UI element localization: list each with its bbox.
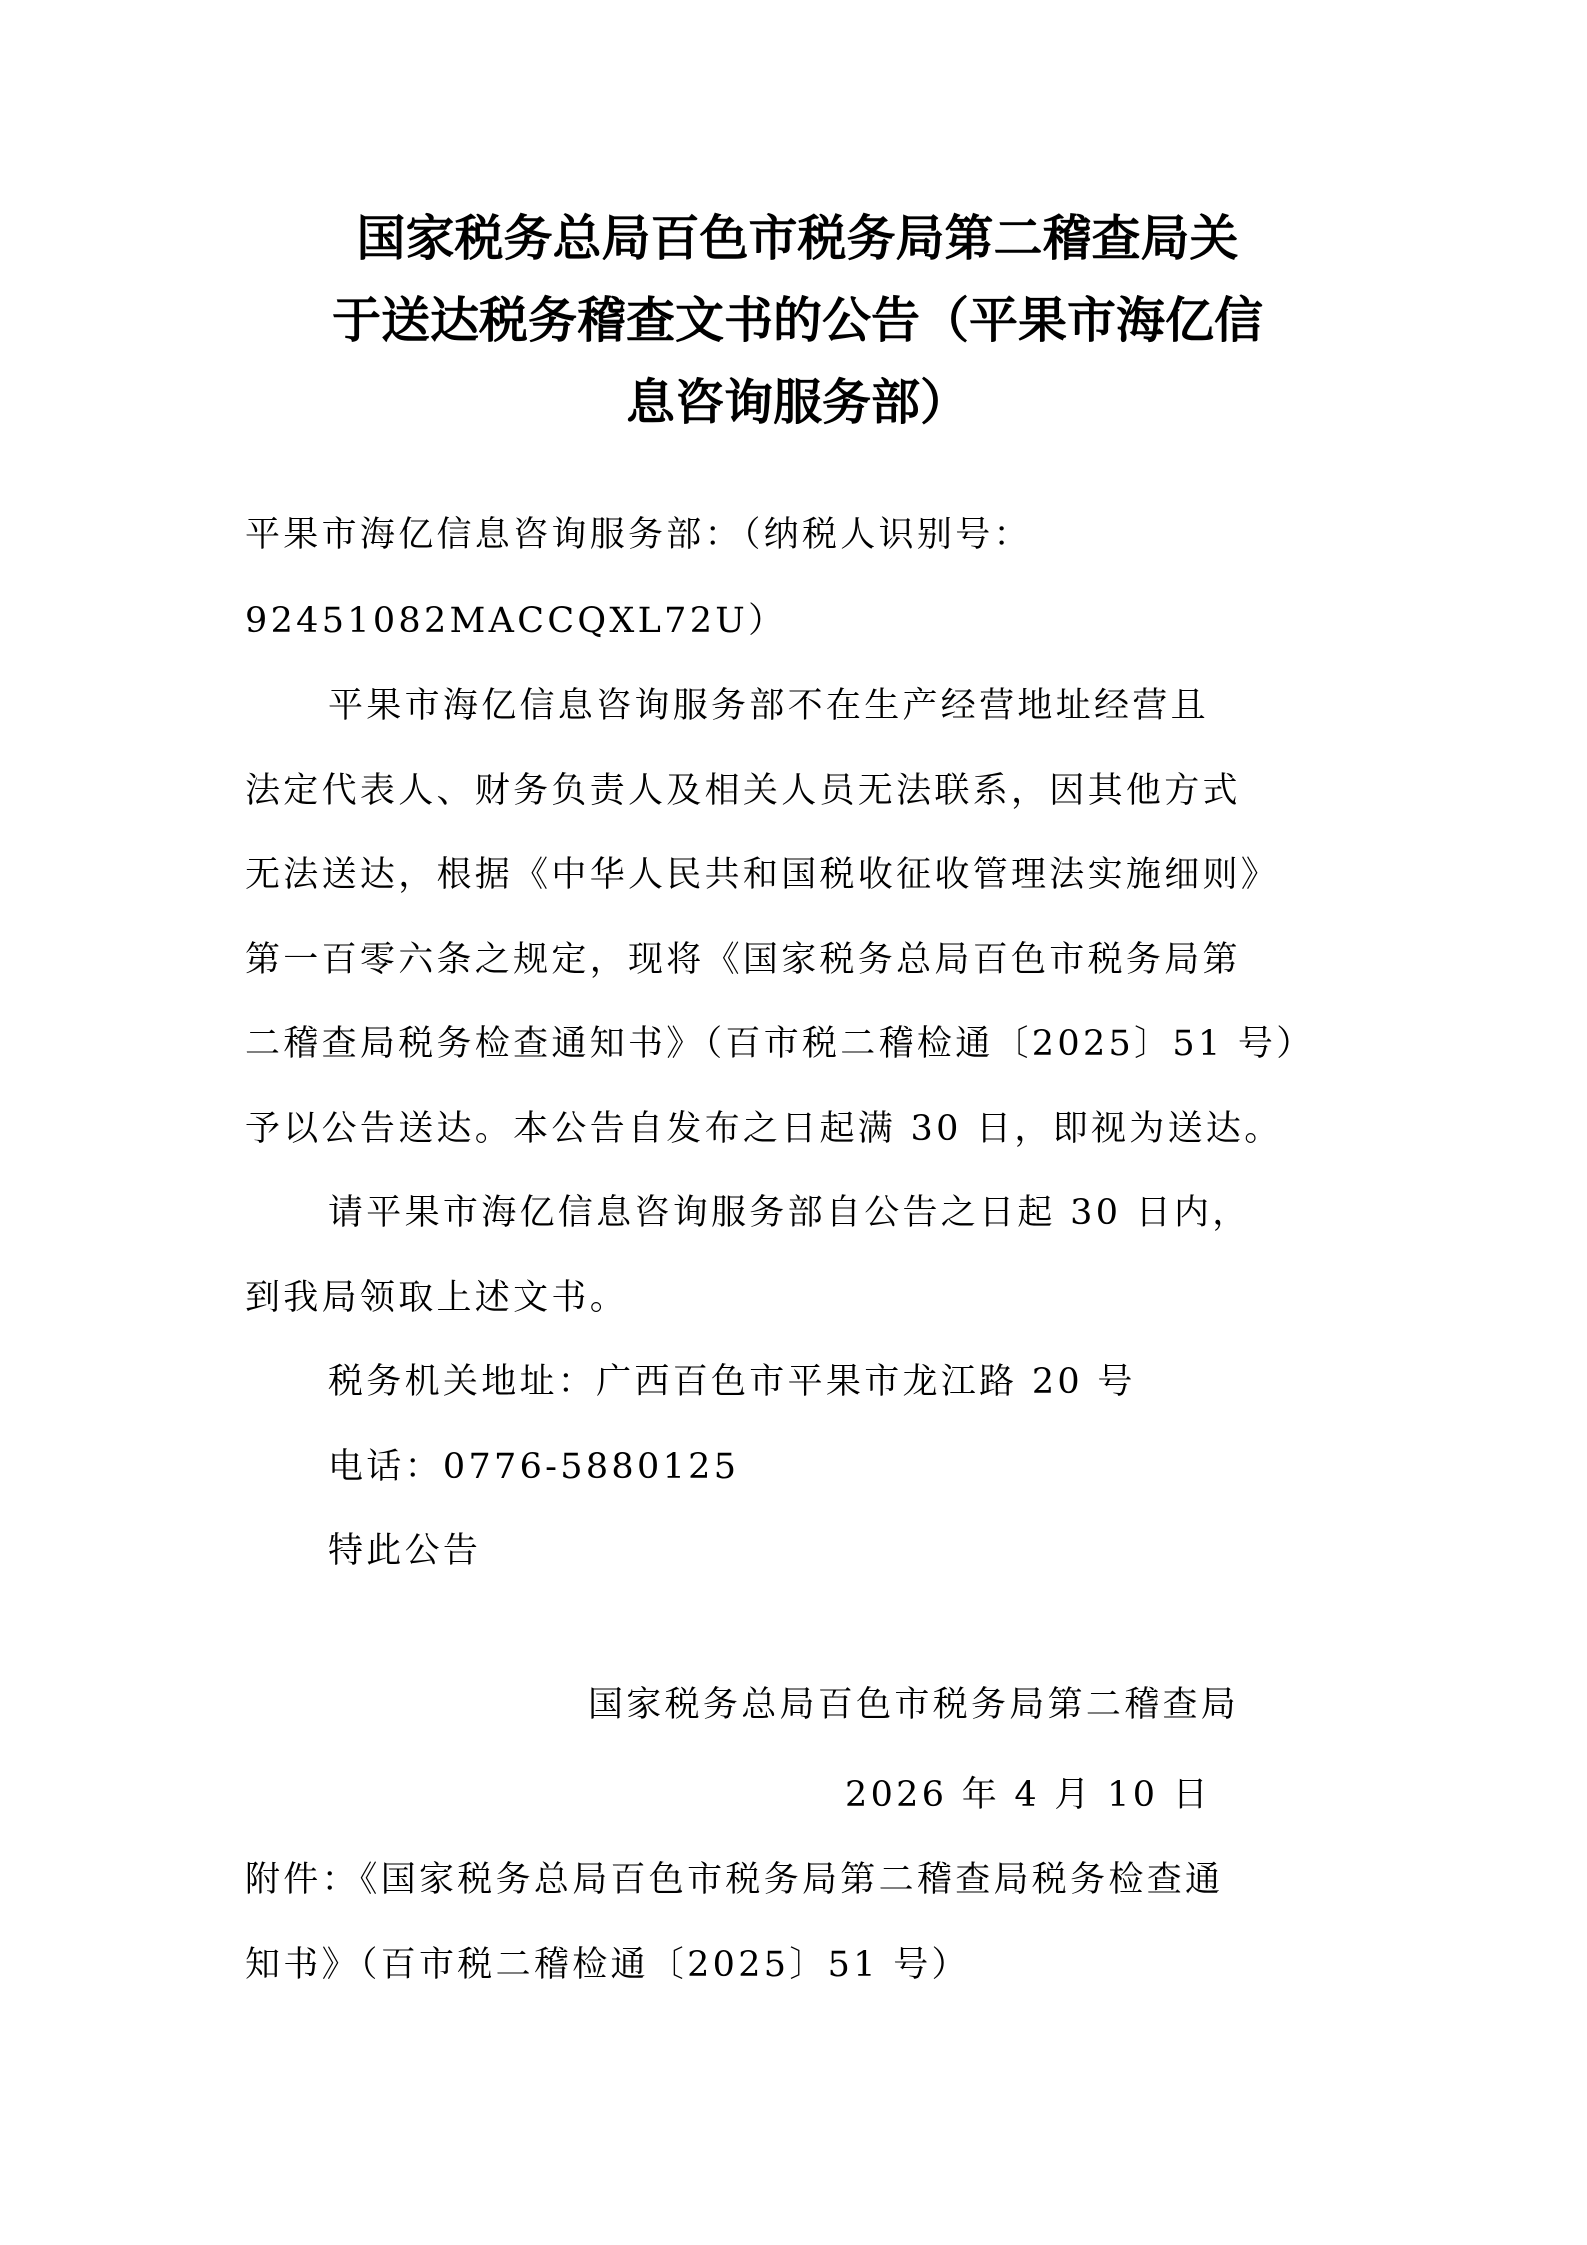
addressee-line-2: 92451082MACCQXL72U） (245, 596, 1360, 646)
paragraph2-line-1: 请平果市海亿信息咨询服务部自公告之日起 30 日内， (328, 1188, 1443, 1238)
paragraph1-line-5: 二稽查局税务检查通知书》（百市税二稽检通〔2025〕51 号） (245, 1019, 1360, 1069)
attachment-line-1: 附件：《国家税务总局百色市税务局第二稽查局税务检查通 (245, 1855, 1360, 1905)
tax-office-phone: 电话：0776-5880125 (328, 1442, 1443, 1492)
document-page: 国家税务总局百色市税务局第二稽查局关 于送达税务稽查文书的公告（平果市海亿信 息… (0, 0, 1587, 2245)
closing-text: 特此公告 (328, 1526, 1443, 1576)
signature-issuer: 国家税务总局百色市税务局第二稽查局 (588, 1680, 1587, 1730)
signature-date: 2026 年 4 月 10 日 (845, 1770, 1587, 1820)
document-title: 国家税务总局百色市税务局第二稽查局关 于送达税务稽查文书的公告（平果市海亿信 息… (240, 198, 1355, 444)
paragraph2-line-2: 到我局领取上述文书。 (245, 1273, 1360, 1323)
paragraph1-line-3: 无法送达，根据《中华人民共和国税收征收管理法实施细则》 (245, 850, 1360, 900)
title-line-2: 于送达税务稽查文书的公告（平果市海亿信 (240, 280, 1355, 362)
paragraph1-line-4: 第一百零六条之规定，现将《国家税务总局百色市税务局第 (245, 935, 1360, 985)
paragraph1-line-2: 法定代表人、财务负责人及相关人员无法联系，因其他方式 (245, 766, 1360, 816)
addressee-line-1: 平果市海亿信息咨询服务部：（纳税人识别号： (245, 510, 1360, 560)
attachment-line-2: 知书》（百市税二稽检通〔2025〕51 号） (245, 1940, 1360, 1990)
title-line-1: 国家税务总局百色市税务局第二稽查局关 (240, 198, 1355, 280)
tax-office-address: 税务机关地址：广西百色市平果市龙江路 20 号 (328, 1357, 1443, 1407)
paragraph1-line-6: 予以公告送达。本公告自发布之日起满 30 日，即视为送达。 (245, 1104, 1360, 1154)
title-line-3: 息咨询服务部） (240, 362, 1355, 444)
paragraph1-line-1: 平果市海亿信息咨询服务部不在生产经营地址经营且 (328, 681, 1443, 731)
